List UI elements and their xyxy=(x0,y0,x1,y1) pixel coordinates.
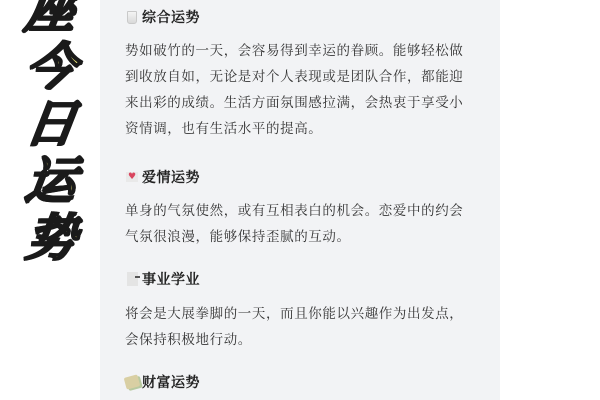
section-title: 事业学业 xyxy=(142,269,200,289)
heart-icon: ♥ xyxy=(125,169,139,185)
horoscope-page: 座 今 日 运 势 综合运势 势如破竹的一天，会容易得到幸运的眷顾。能够轻松做 … xyxy=(0,0,600,400)
body-line: 来出彩的成绩。生活方面氛围感拉满，会热衷于享受小 xyxy=(125,90,485,116)
section-title: 财富运势 xyxy=(142,372,200,392)
body-line: 会保持积极地行动。 xyxy=(125,327,485,353)
title-char: 势 xyxy=(22,210,80,267)
body-line: 资情调，也有生活水平的提高。 xyxy=(125,116,485,142)
body-line: 单身的气氛使然，或有互相表白的机会。恋爱中的约会 xyxy=(125,198,485,224)
document-icon xyxy=(125,271,139,287)
title-char: 运 xyxy=(22,153,80,210)
title-char: 今 xyxy=(22,39,80,96)
body-line: 到收放自如，无论是对个人表现或是团队合作，都能迎 xyxy=(125,64,485,90)
body-line: 气氛很浪漫，能够保持歪腻的互动。 xyxy=(125,224,485,250)
section-body-overall: 势如破竹的一天，会容易得到幸运的眷顾。能够轻松做 到收放自如，无论是对个人表现或… xyxy=(125,38,485,142)
section-heading-career: 事业学业 xyxy=(125,268,200,290)
section-heading-love: ♥ 爱情运势 xyxy=(125,166,200,188)
section-heading-wealth: 财富运势 xyxy=(125,371,200,393)
title-char: 日 xyxy=(22,96,80,153)
section-title: 综合运势 xyxy=(142,7,200,27)
money-icon xyxy=(125,374,139,390)
fortune-panel: 综合运势 势如破竹的一天，会容易得到幸运的眷顾。能够轻松做 到收放自如，无论是对… xyxy=(100,0,500,400)
section-heading-overall: 综合运势 xyxy=(125,6,200,28)
section-body-love: 单身的气氛使然，或有互相表白的机会。恋爱中的约会 气氛很浪漫，能够保持歪腻的互动… xyxy=(125,198,485,250)
milk-glass-icon xyxy=(125,9,139,25)
section-body-career: 将会是大展拳脚的一天，而且你能以兴趣作为出发点， 会保持积极地行动。 xyxy=(125,301,485,353)
body-line: 势如破竹的一天，会容易得到幸运的眷顾。能够轻松做 xyxy=(125,38,485,64)
section-title: 爱情运势 xyxy=(142,167,200,187)
title-char: 座 xyxy=(22,0,80,39)
body-line: 将会是大展拳脚的一天，而且你能以兴趣作为出发点， xyxy=(125,301,485,327)
vertical-title-banner: 座 今 日 运 势 xyxy=(20,0,82,267)
